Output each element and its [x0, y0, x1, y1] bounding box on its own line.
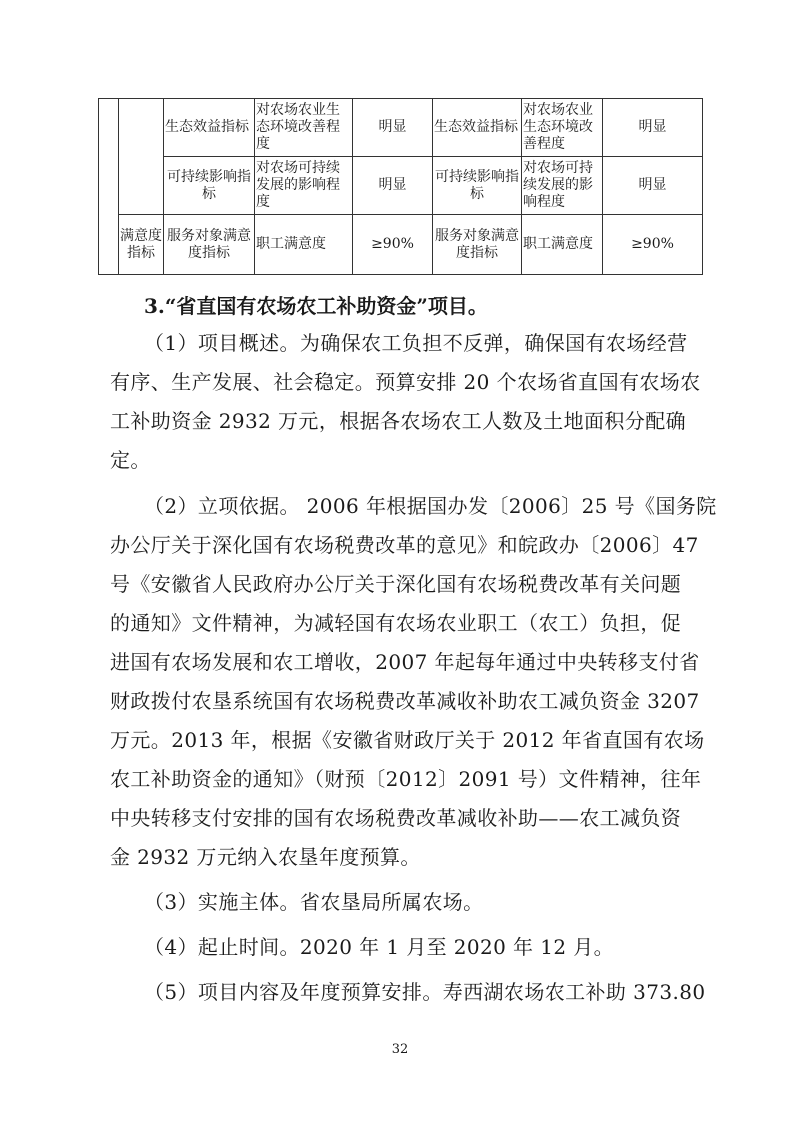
- table-row: 生态效益指标 对农场农业生态环境改善程度 明显 生态效益指标 对农场农业生态环境…: [99, 99, 703, 157]
- paragraph-line: 号《安徽省人民政府办公厅关于深化国有农场税费改革有关问题: [110, 574, 700, 594]
- paragraph-line: 金 2932 万元纳入农垦年度预算。: [110, 847, 700, 867]
- table-row: 可持续影响指标 对农场可持续发展的影响程度 明显 可持续影响指标 对农场可持续发…: [99, 157, 703, 215]
- performance-metrics-table: 生态效益指标 对农场农业生态环境改善程度 明显 生态效益指标 对农场农业生态环境…: [98, 98, 703, 275]
- paragraph-line: （4）起止时间。2020 年 1 月至 2020 年 12 月。: [144, 937, 734, 957]
- section-heading: 3.“省直国有农场农工补助资金”项目。: [144, 290, 488, 319]
- table-cell-indicator: 生态效益指标: [164, 99, 255, 157]
- table-cell-indicator: 服务对象满意度指标: [433, 215, 522, 275]
- table-cell-value: 明显: [603, 99, 703, 157]
- table-cell-content: 对农场农业生态环境改善程度: [522, 99, 603, 157]
- page-number: 32: [0, 1042, 800, 1057]
- document-page: 生态效益指标 对农场农业生态环境改善程度 明显 生态效益指标 对农场农业生态环境…: [0, 0, 800, 1129]
- paragraph-line: 办公厅关于深化国有农场税费改革的意见》和皖政办〔2006〕47: [110, 535, 700, 555]
- table-cell-indicator: 生态效益指标: [433, 99, 522, 157]
- paragraph-line: 的通知》文件精神，为减轻国有农场农业职工（农工）负担，促: [110, 613, 700, 633]
- paragraph-line: 中央转移支付安排的国有农场税费改革减收补助——农工减负资: [110, 808, 700, 828]
- table-cell-indicator: 可持续影响指标: [433, 157, 522, 215]
- table-cell-content: 职工满意度: [522, 215, 603, 275]
- table-cell-content: 对农场可持续发展的影响程度: [255, 157, 353, 215]
- table-cell-value: 明显: [353, 157, 433, 215]
- table-cell-indicator: 服务对象满意度指标: [164, 215, 255, 275]
- table-cell-category: 满意度指标: [119, 215, 164, 275]
- paragraph-line: 工补助资金 2932 万元，根据各农场农工人数及土地面积分配确: [110, 411, 700, 431]
- paragraph-line: （5）项目内容及年度预算安排。寿西湖农场农工补助 373.80: [144, 982, 734, 1002]
- paragraph-line: （2）立项依据。 2006 年根据国办发〔2006〕25 号《国务院: [144, 496, 734, 516]
- paragraph-line: 万元。2013 年，根据《安徽省财政厅关于 2012 年省直国有农场: [110, 730, 700, 750]
- paragraph-line: 进国有农场发展和农工增收，2007 年起每年通过中央转移支付省: [110, 652, 700, 672]
- paragraph-line: （1）项目概述。为确保农工负担不反弹，确保国有农场经营: [144, 333, 734, 353]
- table-cell-content: 职工满意度: [255, 215, 353, 275]
- table-cell-content: 对农场可持续发展的影响程度: [522, 157, 603, 215]
- table-cell-outer: [99, 99, 119, 275]
- table-row: 满意度指标 服务对象满意度指标 职工满意度 ≥90% 服务对象满意度指标 职工满…: [99, 215, 703, 275]
- table-cell-value: 明显: [603, 157, 703, 215]
- paragraph-line: （3）实施主体。省农垦局所属农场。: [144, 892, 734, 912]
- table-cell-content: 对农场农业生态环境改善程度: [255, 99, 353, 157]
- paragraph-line: 定。: [110, 450, 700, 470]
- paragraph-line: 有序、生产发展、社会稳定。预算安排 20 个农场省直国有农场农: [110, 372, 700, 392]
- table-cell-category-empty: [119, 99, 164, 215]
- table-cell-indicator: 可持续影响指标: [164, 157, 255, 215]
- table-cell-value: 明显: [353, 99, 433, 157]
- table-cell-value: ≥90%: [603, 215, 703, 275]
- paragraph-line: 农工补助资金的通知》（财预〔2012〕2091 号）文件精神，往年: [110, 769, 700, 789]
- paragraph-line: 财政拨付农垦系统国有农场税费改革减收补助农工减负资金 3207: [110, 691, 700, 711]
- table-cell-value: ≥90%: [353, 215, 433, 275]
